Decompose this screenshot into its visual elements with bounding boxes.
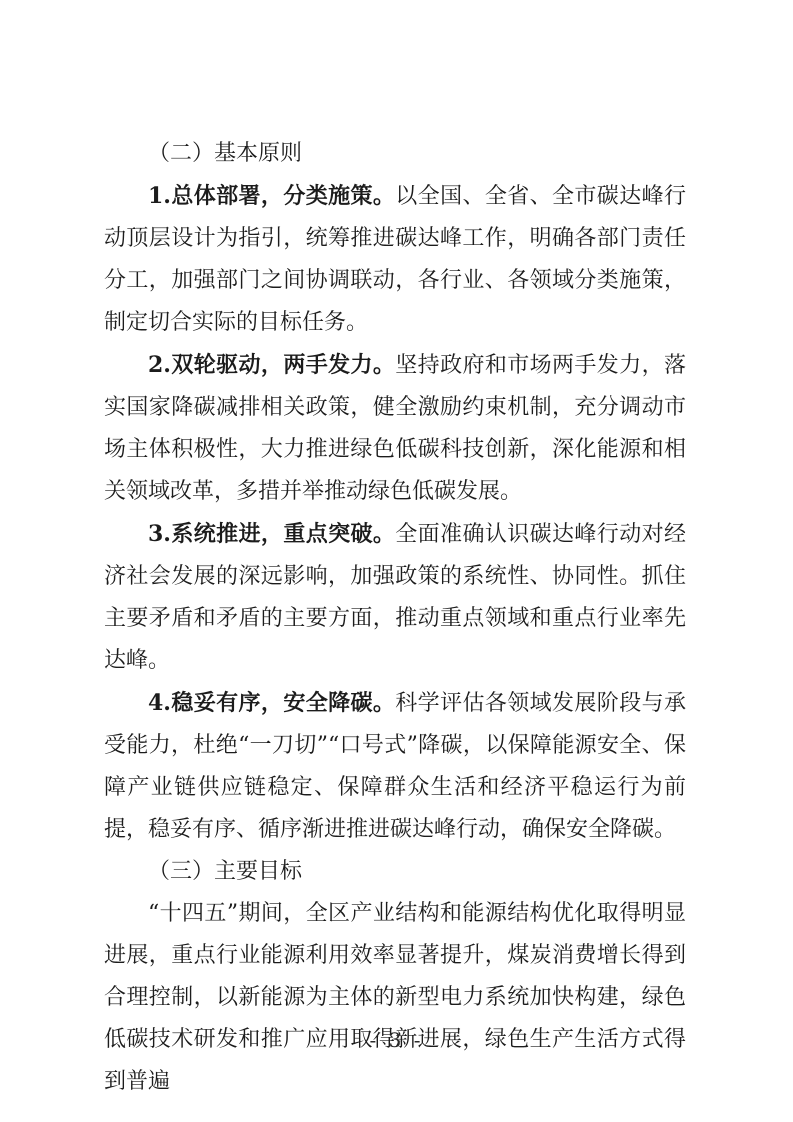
section-heading: （二）基本原则 [104,133,686,175]
paragraph: 3.系统推进，重点突破。全面准确认识碳达峰行动对经济社会发展的深远影响，加强政策… [104,513,686,682]
paragraph: “十四五”期间，全区产业结构和能源结构优化取得明显进展，重点行业能源利用效率显著… [104,893,686,1103]
document-page: （二）基本原则1.总体部署，分类施策。以全国、全省、全市碳达峰行动顶层设计为指引… [0,0,793,1122]
paragraph-lead: 3.系统推进，重点突破。 [148,521,395,547]
document-body: （二）基本原则1.总体部署，分类施策。以全国、全省、全市碳达峰行动顶层设计为指引… [104,133,686,1103]
page-number: - 3 - [0,1026,793,1054]
paragraph-body: “十四五”期间，全区产业结构和能源结构优化取得明显进展，重点行业能源利用效率显著… [104,901,686,1094]
paragraph-lead: 2.双轮驱动，两手发力。 [148,352,395,378]
paragraph: 1.总体部署，分类施策。以全国、全省、全市碳达峰行动顶层设计为指引，统筹推进碳达… [104,175,686,344]
paragraph-lead: 4.稳妥有序，安全降碳。 [148,690,395,716]
paragraph-lead: 1.总体部署，分类施策。 [148,183,395,209]
paragraph: 2.双轮驱动，两手发力。坚持政府和市场两手发力，落实国家降碳减排相关政策，健全激… [104,344,686,513]
paragraph: 4.稳妥有序，安全降碳。科学评估各领域发展阶段与承受能力，杜绝“一刀切”“口号式… [104,682,686,851]
section-heading: （三）主要目标 [104,851,686,893]
